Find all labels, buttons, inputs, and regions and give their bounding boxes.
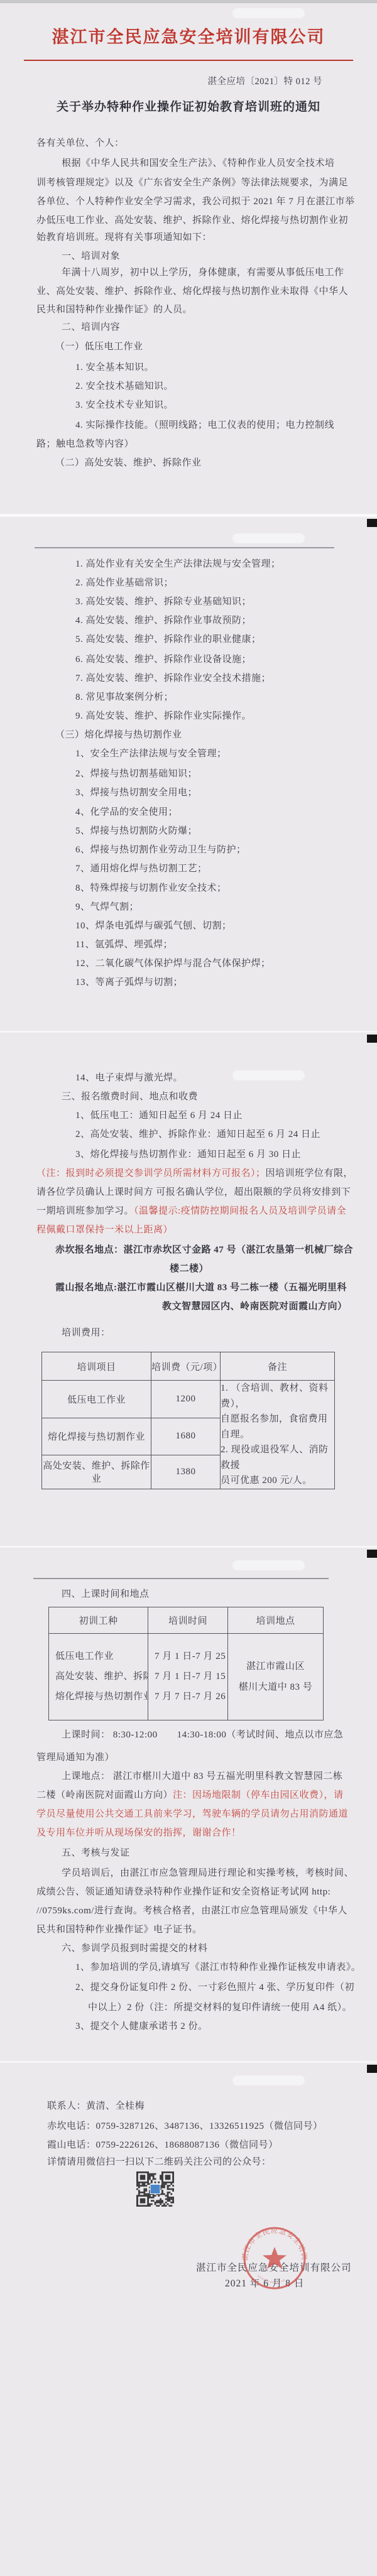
- list-item: 2、焊接与热切割基础知识；: [75, 768, 197, 780]
- note-red-text: （注：报到时必须提交参训学员所需材料方可报名）；: [36, 1168, 266, 1178]
- note-red-text: （温馨提示:疫情防控期间报名人员及培训学员请全: [134, 1206, 346, 1216]
- scan-artifact: [232, 1560, 305, 1570]
- list-item: 7. 高处安装、维护、拆除作业安全技术措施；: [75, 672, 271, 685]
- note-black-text: 一期培训班参加学习。: [36, 1206, 134, 1216]
- page-3: 14、电子束焊与激光焊。 三、报名缴费时间、地点和收费 1、低压电工：通知日起至…: [0, 1033, 377, 1546]
- scan-corner-mark: [367, 2065, 377, 2073]
- doc-line: 训考核管理规定》以及《广东省安全生产条例》等法律法规要求，为满足: [36, 177, 348, 189]
- addr-black-text: 二楼（岭南医院对面霞山方向）: [36, 1790, 173, 1800]
- salutation: 各有关单位、个人：: [36, 137, 124, 149]
- list-item: 3. 高处安装、维护、拆除专业基础知识；: [75, 595, 251, 608]
- training-time: 7 月 7 日-7 月 26 日: [155, 1687, 227, 1707]
- fee-remark-cell: 1. （含培训、教材、资料费）， 自愿报名参加，食宿费用自理。 2. 现役或退役…: [221, 1381, 335, 1489]
- doc-line: 各单位、个人特种作业安全学习需求，我公司拟于 2021 年 7 月在湛江市举: [36, 195, 355, 208]
- doc-line: 始教育培训班。现将有关事项通知如下：: [36, 231, 212, 244]
- doc-line: 学员尽量使用公共交通工具前来学习，驾驶车辆的学员请勿占用消防通道: [36, 1808, 348, 1820]
- svg-text:湛江市全民应急安全培训有限公司: 湛江市全民应急安全培训有限公司: [242, 2225, 307, 2261]
- table-cell: 1680: [151, 1418, 221, 1455]
- list-item: 7、通用熔化焊与热切割工艺；: [75, 862, 207, 875]
- list-item: 2. 高处作业基础常识；: [75, 577, 173, 589]
- note-line: 程佩戴口罩保持一米以上距离）: [36, 1224, 173, 1236]
- qrcode-image: [136, 2171, 174, 2207]
- list-item: 14、电子束焊与激光焊。: [75, 1072, 183, 1084]
- address-line: 教文智慧园区内、岭南医院对面霞山方向）: [162, 1300, 347, 1313]
- list-item: 13、等离子弧焊与切割；: [75, 976, 183, 989]
- times-cell: 7 月 1 日-7 月 25 日 7 月 1 日-7 月 15 日 7 月 7 …: [148, 1634, 228, 1720]
- subsection-heading: （三）熔化焊接与热切割作业: [55, 729, 182, 741]
- address-line: 霞山报名地点:湛江市霞山区椹川大道 83 号二栋一楼（五福光明里科: [55, 1281, 347, 1294]
- list-item: 2、提交身份证复印件 2 份、一寸彩色照片 4 张、学历复印件（初: [75, 1981, 354, 1994]
- job-name: 高处安装、维护、拆除作业: [55, 1666, 148, 1687]
- jobs-cell: 低压电工作业 高处安装、维护、拆除作业 熔化焊接与热切割作业: [49, 1634, 148, 1720]
- training-time: 7 月 1 日-7 月 15 日: [155, 1666, 227, 1687]
- fee-label: 培训费用：: [62, 1327, 111, 1339]
- qr-hint-line: 详情请用微信扫一扫以下二维码关注公司的公众号：: [47, 2156, 271, 2168]
- list-item: 3、焊接与热切割安全用电；: [75, 786, 197, 799]
- doc-line: 二楼（岭南医院对面霞山方向）注：因场地限制（停车由园区收费），请: [36, 1789, 344, 1802]
- section-heading: 六、参训学员报到时需提交的材料: [62, 1942, 208, 1955]
- table-cell: 1380: [151, 1455, 221, 1489]
- location-cell: 湛江市霞山区 椹川大道中 83 号: [228, 1634, 324, 1720]
- section-heading: 三、报名缴费时间、地点和收费: [62, 1090, 198, 1103]
- doc-line: //0759ks.com/进行查询。考核合格者，由湛江市应急管理局颁发《中华人: [36, 1905, 347, 1917]
- schedule-table: 初训工种 培训时间 培训地点 低压电工作业 高处安装、维护、拆除作业 熔化焊接与…: [48, 1607, 324, 1720]
- table-cell: 低压电工作业: [42, 1381, 151, 1418]
- list-item: 2. 安全技术基础知识。: [75, 380, 173, 393]
- note-black-text: 因培训班学位有限，: [266, 1168, 354, 1178]
- doc-line: 及专用车位并听从现场保安的指挥，谢谢合作！: [36, 1827, 241, 1839]
- list-item: 4、化学品的安全使用；: [75, 806, 178, 818]
- doc-line: 年满十八周岁，初中以上学历，身体健康，有需要从事低压电工作: [62, 266, 344, 279]
- contact-line: 联系人：黄清、全桂梅: [47, 2100, 145, 2112]
- doc-line: 根据《中华人民共和国安全生产法》、《特种作业人员安全技术培: [62, 157, 335, 170]
- list-item: 8. 常见事故案例分析；: [75, 691, 173, 704]
- list-item: 9、气焊气割；: [75, 901, 139, 913]
- stamp-ring-text: 湛江市全民应急安全培训有限公司: [242, 2225, 307, 2261]
- list-item: 3. 安全技术专业知识。: [75, 399, 173, 411]
- note-line: （注：报到时必须提交参训学员所需材料方可报名）；因培训班学位有限，: [36, 1167, 353, 1180]
- remark-line: 1. （含培训、教材、资料费），: [221, 1381, 334, 1411]
- list-item: 5、焊接与热切割防火防爆；: [75, 825, 197, 837]
- scan-artifact: [232, 1070, 305, 1080]
- remark-line: 自愿报名参加，食宿费用自理。: [221, 1411, 334, 1442]
- list-item: 4. 高处安装、维护、拆除作业事故预防；: [75, 614, 251, 627]
- remark-line: 2. 现役或退役军人、消防救援: [221, 1442, 334, 1473]
- job-name: 低压电工作业: [55, 1646, 148, 1666]
- header-rule: [24, 60, 353, 61]
- note-line: 一期培训班参加学习。（温馨提示:疫情防控期间报名人员及培训学员请全: [36, 1205, 346, 1217]
- phone-line: 霞山电话：0759-2226126、18688087136（微信同号）: [47, 2139, 278, 2151]
- list-item: 路；触电急救等内容）: [36, 438, 134, 450]
- scan-corner-mark: [367, 1550, 377, 1558]
- list-item: 8、特殊焊接与切割作业安全技术；: [75, 882, 227, 894]
- scan-artifact: [232, 8, 305, 18]
- page-4: 四、上课时间和地点 初训工种 培训时间 培训地点 低压电工作业 高处安装、维护、…: [0, 1548, 377, 2061]
- doc-number: 湛全应培〔2021〕特 012 号: [208, 75, 323, 88]
- training-time: 7 月 1 日-7 月 25 日: [155, 1646, 227, 1666]
- org-name-header: 湛江市全民应急安全培训有限公司: [0, 31, 377, 43]
- fee-table: 培训项目 培训费（元/项） 备注 低压电工作业 1200 1. （含培训、教材、…: [41, 1352, 335, 1489]
- subsection-heading: （二）高处安装、维护、拆除作业: [55, 457, 202, 469]
- location-line: 椹川大道中 83 号: [228, 1677, 323, 1698]
- list-item: 10、焊条电弧焊与碳弧气刨、切割；: [75, 920, 232, 932]
- section-heading: 四、上课时间和地点: [62, 1588, 150, 1600]
- location-line: 湛江市霞山区: [228, 1656, 323, 1677]
- list-item: 1、参加培训的学员,请填写《湛江市特种作业操作证核发申请表》。: [75, 1961, 361, 1974]
- address-line: 赤坎报名地点：湛江市赤坎区寸金路 47 号（湛江农垦第一机械厂综合: [55, 1244, 353, 1256]
- table-header-cell: 备注: [221, 1352, 335, 1381]
- page-5: 联系人：黄清、全桂梅 赤坎电话：0759-3287126、3487136、133…: [0, 2063, 377, 2576]
- doc-line: 民共和国特种作业操作证》电子证书。: [36, 1923, 202, 1936]
- scan-artifact: [232, 2075, 305, 2085]
- table-cell: 熔化焊接与热切割作业: [42, 1418, 151, 1455]
- scan-fold-line: [33, 1578, 329, 1579]
- section-heading: 二、培训内容: [62, 321, 120, 334]
- job-name: 熔化焊接与热切割作业: [55, 1687, 148, 1707]
- doc-line: 业、高处安装、维护、拆除作业、熔化焊接与热切割作业未取得《中华人: [36, 285, 348, 298]
- address-line: 楼二楼）: [170, 1263, 209, 1275]
- list-item: 5. 高处安装、维护、拆除作业的职业健康；: [75, 633, 261, 646]
- section-heading: 一、培训对象: [62, 250, 120, 263]
- table-header-cell: 培训项目: [42, 1352, 151, 1381]
- remark-line: 员可优惠 200 元/人。: [221, 1473, 334, 1489]
- doc-line: 上课时间： 8:30-12:00 14:30-18:00（考试时间、地点以市应急: [62, 1729, 343, 1741]
- table-cell: 1200: [151, 1381, 221, 1418]
- list-item: 中以上）2 份（注：所提交材料的复印件请统一使用 A4 纸）。: [88, 2001, 352, 2014]
- list-item: 3、提交个人健康承诺书 2 份。: [75, 2020, 208, 2033]
- scan-corner-mark: [367, 1035, 377, 1043]
- scanned-notice-document: 湛江市全民应急安全培训有限公司 湛全应培〔2021〕特 012 号 关于举办特种…: [0, 0, 377, 2576]
- section-heading: 五、考核与发证: [62, 1847, 130, 1859]
- list-item: 1. 安全基本知识。: [75, 361, 154, 374]
- list-item: 11、氩弧焊、埋弧焊；: [75, 938, 173, 951]
- addr-red-text: 注：因场地限制（停车由园区收费），请: [173, 1790, 344, 1800]
- note-line: 请各位学员确认上课时间方 可报名确认学位，超出限额的学员将安排到下: [36, 1186, 351, 1198]
- table-header-cell: 初训工种: [49, 1607, 148, 1634]
- doc-line: 成绩公告、领证通知请登录特种作业操作证和安全资格证考试网 http:: [36, 1886, 331, 1898]
- page-1: 湛江市全民应急安全培训有限公司 湛全应培〔2021〕特 012 号 关于举办特种…: [0, 3, 377, 514]
- scan-corner-mark: [367, 519, 377, 527]
- table-cell: 高处安装、维护、拆除作业: [42, 1455, 151, 1489]
- doc-line: 管理局通知为准）: [36, 1751, 114, 1764]
- list-item: 6、焊接与热切割作业劳动卫生与防护；: [75, 844, 246, 856]
- doc-title: 关于举办特种作业操作证初始教育培训班的通知: [0, 101, 377, 114]
- subsection-heading: （一）低压电工作业: [55, 340, 143, 353]
- list-item: 6. 高处安装、维护、拆除作业设备设施；: [75, 653, 251, 666]
- signature-date: 2021 年 6 月 8 日: [225, 2276, 304, 2290]
- list-item: 3、熔化焊接与热切割作业：通知日起至 6 月 30 日止: [75, 1148, 301, 1161]
- doc-line: 办低压电工作业、高处安装、维护、拆除作业、熔化焊接与热切割作业初: [36, 214, 348, 227]
- table-header-cell: 培训费（元/项）: [151, 1352, 221, 1381]
- scan-fold-line: [35, 547, 334, 548]
- table-header-cell: 培训时间: [148, 1607, 228, 1634]
- list-item: 1. 高处作业有关安全生产法律法规与安全管理；: [75, 558, 281, 570]
- page-2: 1. 高处作业有关安全生产法律法规与安全管理； 2. 高处作业基础常识； 3. …: [0, 517, 377, 1031]
- list-item: 4. 实际操作技能。（照明线路；电工仪表的使用；电力控制线: [75, 419, 334, 432]
- doc-line: 民共和国特种作业操作证》的人员。: [36, 303, 192, 316]
- table-header-cell: 培训地点: [228, 1607, 324, 1634]
- list-item: 1、安全生产法律法规与安全管理；: [75, 747, 227, 760]
- signature-company: 湛江市全民应急安全培训有限公司: [196, 2260, 352, 2274]
- scan-artifact: [232, 533, 305, 543]
- doc-line: 上课地点： 湛江市椹川大道中 83 号五福光明里科教文智慧园二栋: [62, 1770, 342, 1783]
- list-item: 1、低压电工：通知日起至 6 月 24 日止: [75, 1109, 243, 1122]
- doc-line: 学员培训后，由湛江市应急管理局进行理论和实操考核，考核时间、: [62, 1867, 354, 1879]
- list-item: 9. 高处安装、维护、拆除作业实际操作。: [75, 710, 251, 722]
- list-item: 2、高处安装、维护、拆除作业：通知日起至 6 月 24 日止: [75, 1128, 320, 1141]
- list-item: 12、二氧化碳气体保护焊与混合气体保护焊；: [75, 957, 271, 970]
- phone-line: 赤坎电话：0759-3287126、3487136、13326511925（微信…: [47, 2120, 322, 2133]
